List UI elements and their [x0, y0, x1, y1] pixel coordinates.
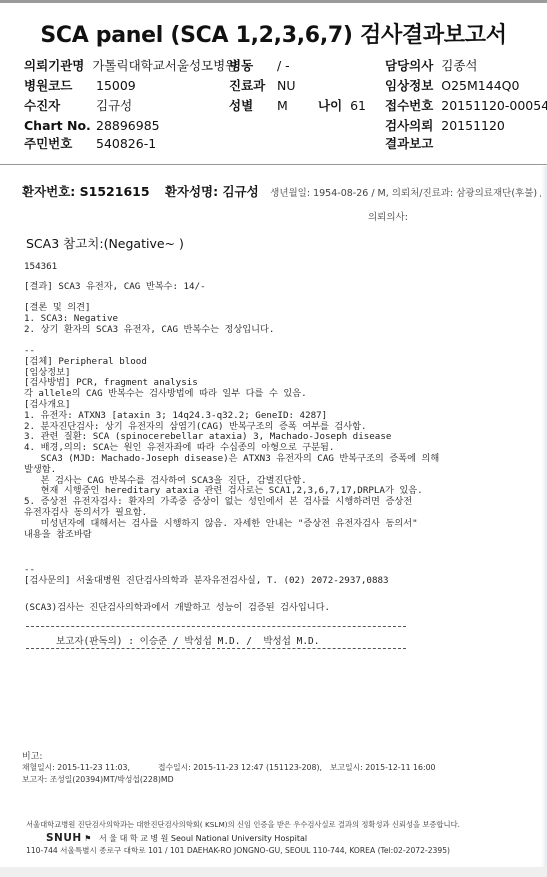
snuh-logo: SNUH: [46, 832, 82, 844]
header-field-clinical-info: 임상정보 O25M144Q0: [385, 76, 519, 96]
header-field-report-date: 결과보고: [385, 134, 433, 154]
header-field-institution: 의뢰기관명 가톨릭대학교서울성모병원: [24, 56, 237, 76]
remarks-label: 비고:: [22, 749, 42, 762]
hospital-address: 110-744 서울특별시 종로구 대학로 101 / 101 DAEHAK-R…: [26, 845, 450, 856]
header-field-hospital-code: 병원코드: [24, 76, 72, 96]
header-field-department: 진료과: [229, 76, 265, 96]
header-field-request-date: 검사의뢰 20151120: [385, 116, 505, 136]
header-field-doctor: 담당의사 김종석: [385, 56, 478, 76]
result-line: [결과] SCA3 유전자, CAG 반복수: 14/-: [24, 282, 206, 293]
patient-meta: 생년월일: 1954-08-26 / M, 의뢰처/진료과: 삼광의료재단(후불…: [270, 188, 547, 199]
patient-id-line: 환자번호: S1521615 환자성명: 김규성 생년월일: 1954-08-2…: [22, 182, 547, 200]
specimen-code: 154361: [24, 262, 57, 273]
header-field-sex: 성별: [229, 96, 253, 116]
scanned-report: 환자번호: S1521615 환자성명: 김규성 생년월일: 1954-08-2…: [0, 166, 547, 867]
certification-text: 서울대학교병원 진단검사의학과는 대한진단검사의학회( KSLM)의 신임 인증…: [26, 820, 460, 830]
section-divider: [0, 164, 547, 165]
patient-number: 환자번호: S1521615: [22, 184, 150, 199]
header-value-department: NU: [277, 76, 296, 96]
header-field-chart-no: Chart No.: [24, 116, 91, 136]
report-time: 보고일시: 2015-12-11 16:00: [330, 762, 436, 773]
receipt-time: 접수일시: 2015-11-23 12:47 (151123-208),: [158, 762, 322, 773]
top-border: [0, 0, 547, 3]
report-title: SCA panel (SCA 1,2,3,6,7) 검사결과보고서: [0, 18, 547, 49]
reporter-line: 보고자(판독의) : 이승준 / 박성섭 M.D. / 박성섭 M.D.: [56, 633, 319, 647]
page-bottom-band: [0, 867, 547, 877]
conclusion-block: [결론 및 의견] 1. SCA3: Negative 2. 상기 환자의 SC…: [24, 303, 274, 335]
patient-name: 환자성명: 김규성: [165, 184, 259, 199]
test-details-block: -- [검체] Peripheral blood [임상정보] [검사방법] P…: [24, 346, 439, 540]
reference-title: SCA3 참고치:(Negative~ ): [26, 234, 184, 252]
header-value-hospital-code: 15009: [96, 76, 136, 96]
snuh-name: 서 울 대 학 교 병 원 Seoul National University …: [99, 834, 307, 843]
reporter-ids: 보고자: 조성일(20394)MT/박성섭(228)MD: [22, 774, 174, 785]
header-field-ward: 병동: [229, 56, 253, 76]
validation-note: (SCA3)검사는 진단검사의학과에서 개발하고 성능이 검증된 검사입니다.: [24, 603, 330, 614]
header-field-age: 나이 61: [318, 96, 366, 116]
dashed-rule-bottom: [26, 648, 406, 649]
dashed-rule-top: [26, 626, 406, 627]
header-value-chart-no: 28896985: [96, 116, 160, 136]
header-value-sex: M: [277, 96, 288, 116]
page-edge-shadow: [541, 166, 547, 867]
header-field-resident-no: 주민번호: [24, 134, 72, 154]
contact-block: -- [검사문의] 서울대병원 진단검사의학과 분자유전검사실, T. (02)…: [24, 565, 389, 587]
snuh-logo-line: SNUH ⚑ 서 울 대 학 교 병 원 Seoul National Univ…: [46, 832, 307, 844]
header-value-ward: / -: [277, 56, 290, 76]
header-field-patient: 수진자: [24, 96, 60, 116]
header-value-resident-no: 540826-1: [96, 134, 156, 154]
header-value-patient: 김규성: [96, 96, 132, 116]
snuh-emblem-icon: ⚑: [84, 834, 91, 843]
referring-doctor: 의뢰의사:: [368, 209, 408, 223]
header-field-accession: 접수번호 20151120-00054: [385, 96, 547, 116]
collect-time: 채혈일시: 2015-11-23 11:03,: [22, 762, 130, 773]
